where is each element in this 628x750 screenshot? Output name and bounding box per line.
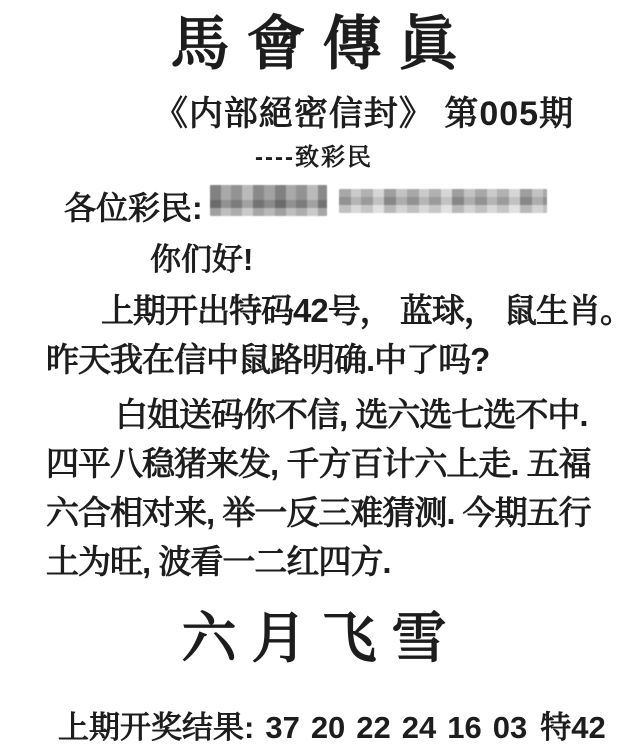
redacted-contact-block-1 (210, 185, 327, 216)
paragraph-line: 土为旺, 波看一二红四方. (46, 537, 624, 586)
greeting-text: 你们好! (150, 234, 253, 279)
dedication-line: ----致彩民 (0, 137, 628, 172)
redacted-contact-block-2 (339, 189, 547, 213)
salutation-label: 各位彩民: (64, 183, 203, 229)
result-line: 上期开奖结果:372022241603特42 (58, 702, 606, 747)
paragraph-line: 四平八稳猪来发, 千方百计六上走. 五福 (46, 439, 624, 488)
result-number: 22 (356, 710, 390, 746)
slogan-text: 六月飞雪 (0, 608, 628, 670)
paragraph-line: 上期开出特码42号， 蓝球， 鼠生肖。 (46, 286, 624, 335)
page-title: 馬會傳眞 (0, 12, 628, 76)
issue-line: 《内部絕密信封》 第005期 (100, 86, 628, 135)
paragraph-line: 六合相对来, 举一反三难猜测. 今期五行 (46, 488, 624, 537)
paragraph-line: 昨天我在信中鼠路明确.中了吗? (46, 335, 624, 384)
result-number: 16 (447, 710, 481, 746)
paragraph-line: 白姐送码你不信, 选六选七选不中. (46, 390, 624, 439)
fax-letter-sheet: 馬會傳眞 《内部絕密信封》 第005期 ----致彩民 各位彩民: 你们好! 上… (0, 0, 628, 750)
result-number: 37 (265, 710, 299, 746)
result-number: 24 (402, 710, 436, 746)
result-number: 03 (493, 710, 527, 746)
result-number: 20 (311, 710, 345, 746)
previous-draw-paragraph: 上期开出特码42号， 蓝球， 鼠生肖。 昨天我在信中鼠路明确.中了吗? (46, 286, 624, 384)
special-number: 特42 (540, 702, 605, 747)
tips-paragraph: 白姐送码你不信, 选六选七选不中. 四平八稳猪来发, 千方百计六上走. 五福 六… (46, 390, 624, 586)
result-label: 上期开奖结果: (58, 710, 254, 745)
